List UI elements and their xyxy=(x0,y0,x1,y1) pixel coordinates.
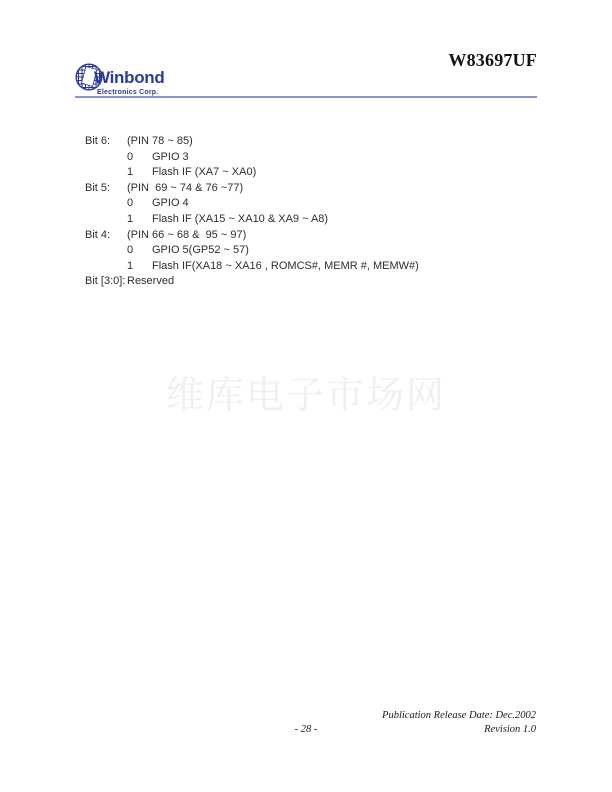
bit-label xyxy=(85,212,127,228)
datasheet-page: W83697UF xyxy=(0,0,612,792)
bit-row: 1Flash IF (XA15 ~ XA10 & XA9 ~ A8) xyxy=(85,212,419,228)
bit-label xyxy=(85,259,127,275)
bit-row: 0GPIO 5(GP52 ~ 57) xyxy=(85,243,419,259)
bit-desc: Flash IF (XA7 ~ XA0) xyxy=(152,165,256,181)
bit-value: (PIN 69 ~ 74 & 76 ~77) xyxy=(127,181,243,197)
winbond-logo: Winbond Electronics Corp. xyxy=(75,63,164,96)
bit-desc: GPIO 3 xyxy=(152,150,189,166)
logo-brand-text: Winbond xyxy=(94,68,164,88)
bit-value: 1 xyxy=(127,259,152,275)
bit-desc: GPIO 4 xyxy=(152,196,189,212)
logo-subtitle: Electronics Corp. xyxy=(97,89,164,96)
bit-value: 1 xyxy=(127,165,152,181)
bit-desc: GPIO 5(GP52 ~ 57) xyxy=(152,243,249,259)
bit-value: 0 xyxy=(127,150,152,166)
bit-label xyxy=(85,165,127,181)
header-divider xyxy=(75,96,537,98)
bit-desc: Flash IF(XA18 ~ XA16 , ROMCS#, MEMR #, M… xyxy=(152,259,419,275)
bit-label: Bit 5: xyxy=(85,181,127,197)
bit-row: Bit [3:0]:Reserved xyxy=(85,274,419,290)
bit-row: Bit 6:(PIN 78 ~ 85) xyxy=(85,134,419,150)
bit-row: 1Flash IF (XA7 ~ XA0) xyxy=(85,165,419,181)
bit-value: Reserved xyxy=(127,274,174,290)
bit-value: 0 xyxy=(127,196,152,212)
bit-label: Bit [3:0]: xyxy=(85,274,127,290)
bit-row: 0GPIO 4 xyxy=(85,196,419,212)
bit-value: (PIN 66 ~ 68 & 95 ~ 97) xyxy=(127,228,246,244)
bit-field-list: Bit 6:(PIN 78 ~ 85)0GPIO 31Flash IF (XA7… xyxy=(85,134,419,290)
bit-row: Bit 5:(PIN 69 ~ 74 & 76 ~77) xyxy=(85,181,419,197)
bit-label: Bit 6: xyxy=(85,134,127,150)
bit-label xyxy=(85,196,127,212)
bit-row: 0GPIO 3 xyxy=(85,150,419,166)
bit-value: 1 xyxy=(127,212,152,228)
watermark-text: 维库电子市场网 xyxy=(0,364,612,419)
bit-row: Bit 4:(PIN 66 ~ 68 & 95 ~ 97) xyxy=(85,228,419,244)
bit-desc: Flash IF (XA15 ~ XA10 & XA9 ~ A8) xyxy=(152,212,328,228)
page-footer: Publication Release Date: Dec.2002 - 28 … xyxy=(0,709,612,737)
document-title: W83697UF xyxy=(448,50,537,71)
release-date-text: Publication Release Date: Dec.2002 xyxy=(0,709,612,723)
bit-row: 1Flash IF(XA18 ~ XA16 , ROMCS#, MEMR #, … xyxy=(85,259,419,275)
bit-value: 0 xyxy=(127,243,152,259)
bit-label: Bit 4: xyxy=(85,228,127,244)
revision-text: Revision 1.0 xyxy=(484,723,536,737)
bit-label xyxy=(85,150,127,166)
bit-value: (PIN 78 ~ 85) xyxy=(127,134,193,150)
bit-label xyxy=(85,243,127,259)
